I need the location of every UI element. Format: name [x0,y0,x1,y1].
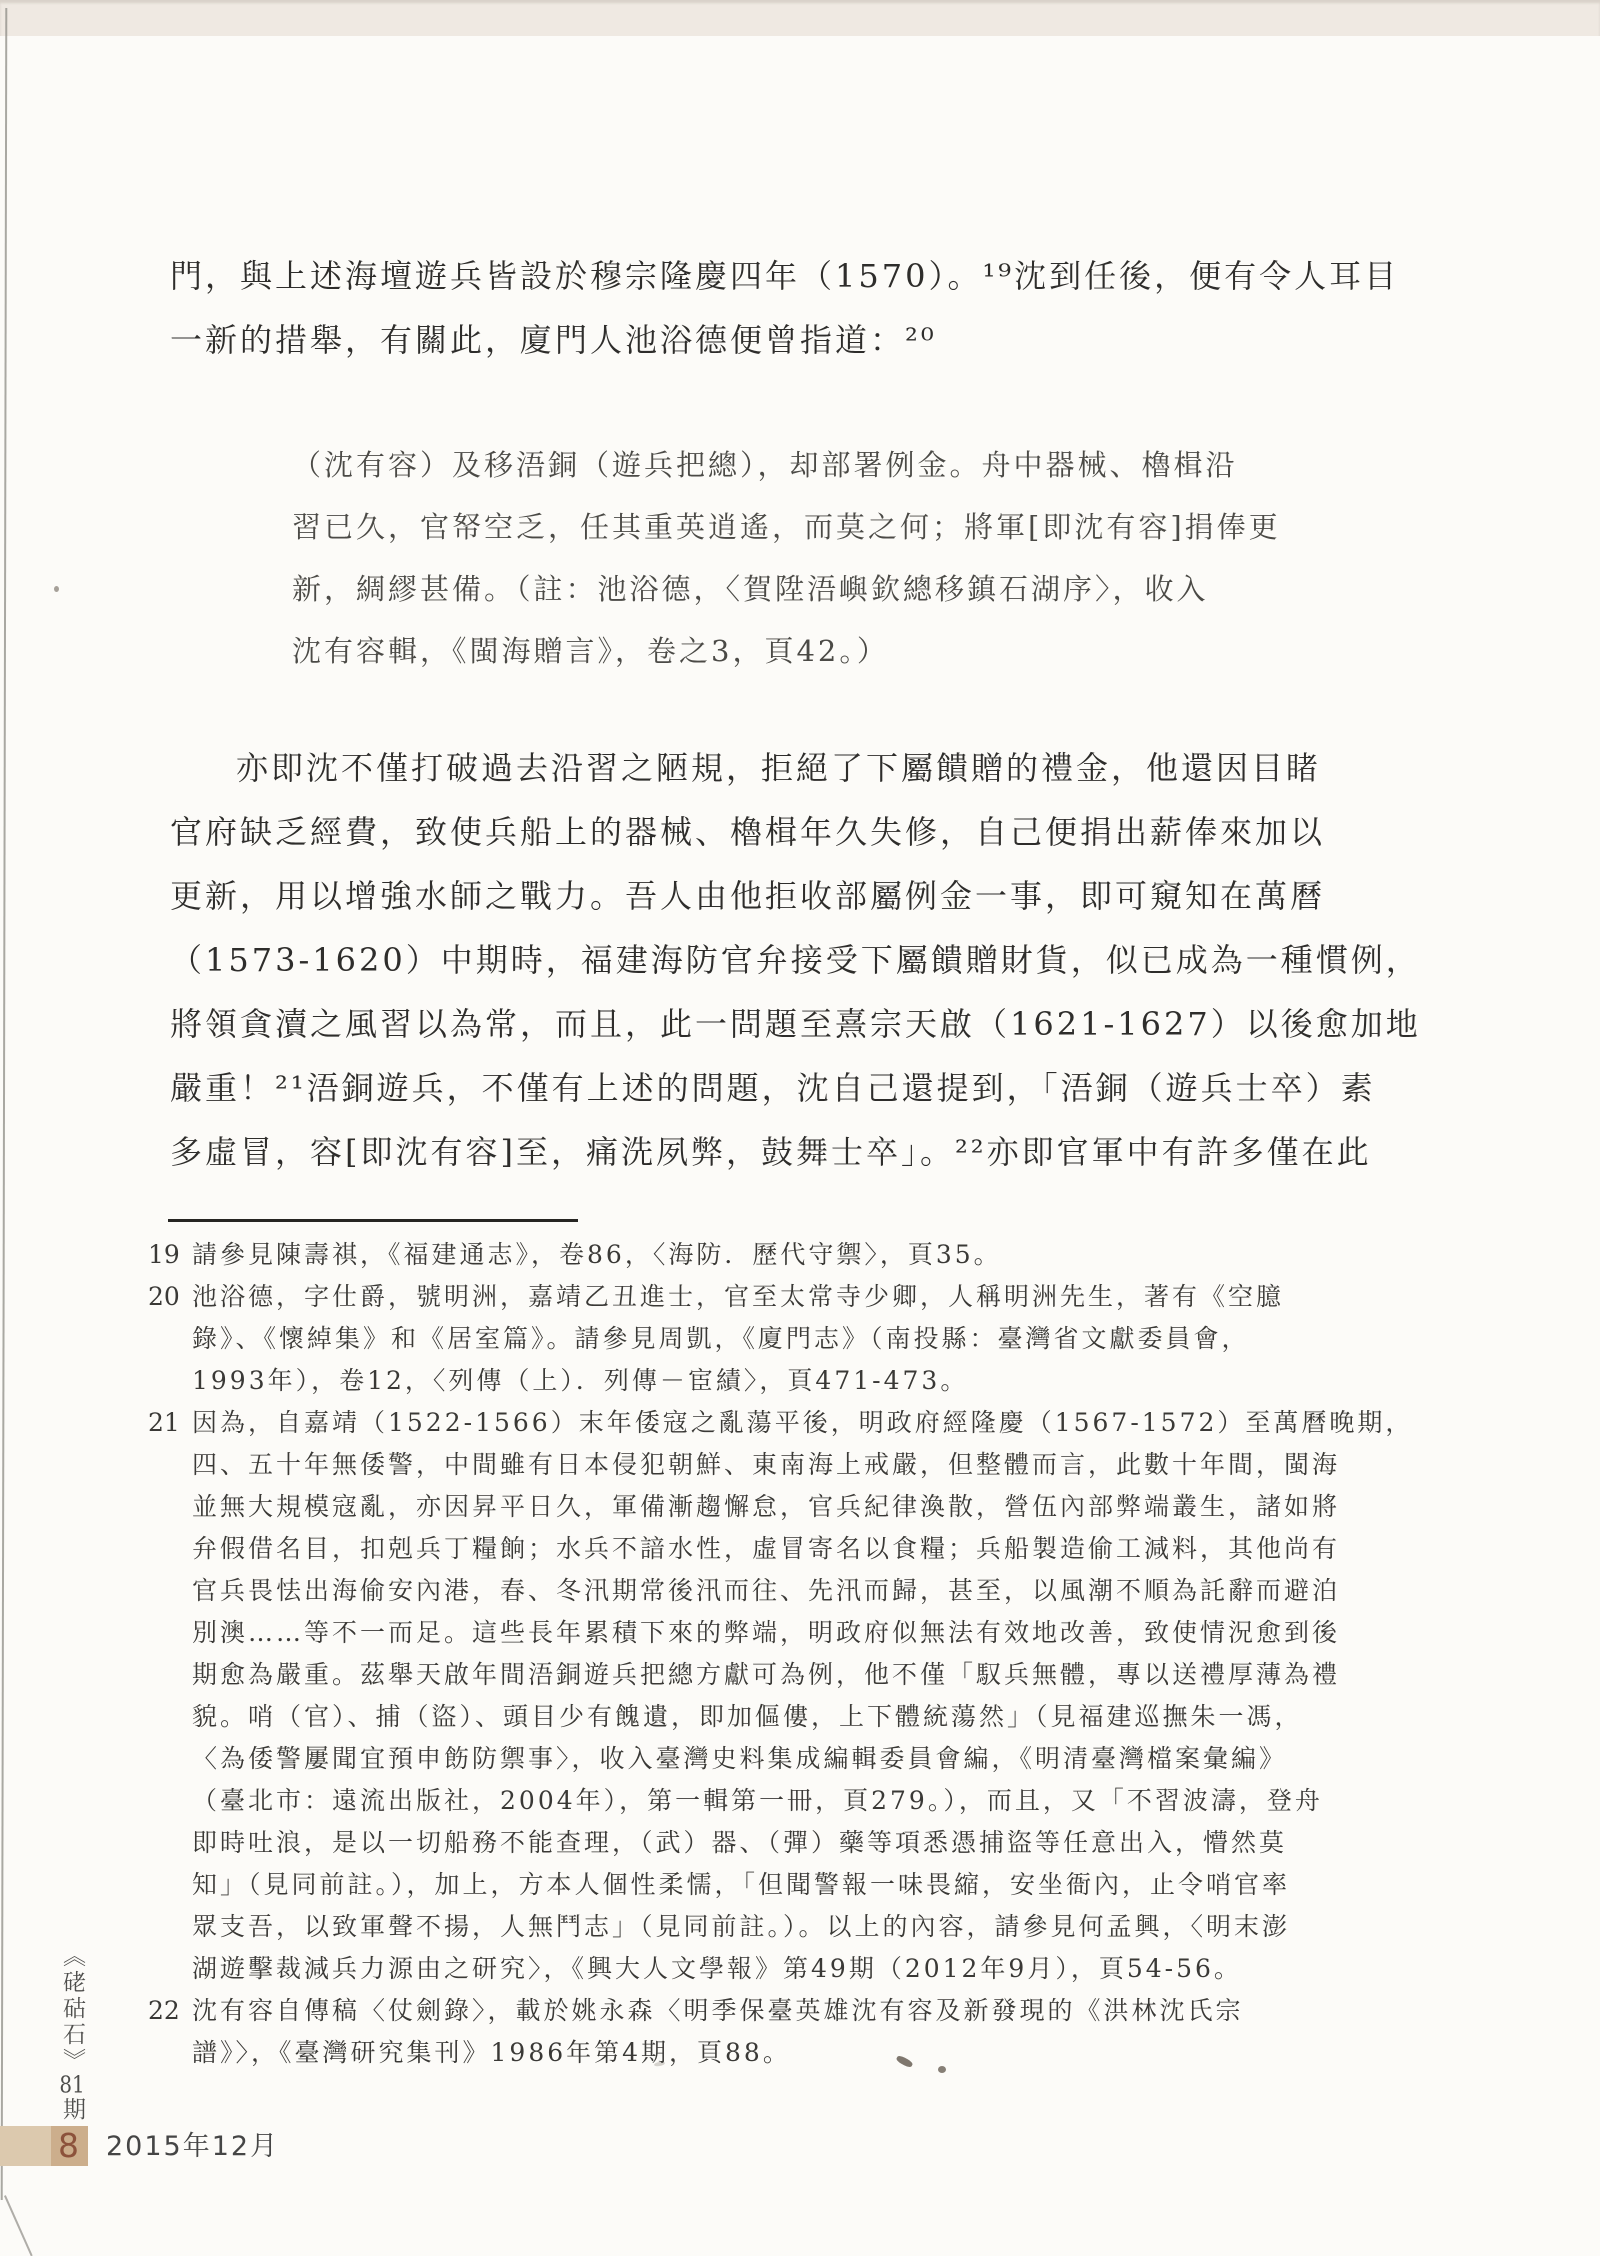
scan-left-edge-line [1,8,8,2200]
footnote-separator-rule [168,1219,578,1222]
footnote-item: 21 因為，自嘉靖（1522-1566）末年倭寇之亂蕩平後，明政府經隆慶（156… [148,1402,1568,1990]
issue-suffix: 期 [59,2097,85,2123]
body-paragraph-2: 亦即沈不僅打破過去沿習之陋規，拒絕了下屬饋贈的禮金，他還因目睹 官府缺乏經費，致… [170,736,1455,1184]
scan-speck [54,586,59,592]
body-paragraph-1: 門，與上述海壇遊兵皆設於穆宗隆慶四年（1570）。¹⁹沈到任後，便有令人耳目 一… [170,244,1455,372]
journal-page: 門，與上述海壇遊兵皆設於穆宗隆慶四年（1570）。¹⁹沈到任後，便有令人耳目 一… [0,0,1600,2256]
block-quote: （沈有容）及移浯銅（遊兵把總），却部署例金。舟中器械、櫓楫沿 習已久，官帑空乏，… [292,434,1452,682]
footnote-text: 因為，自嘉靖（1522-1566）末年倭寇之亂蕩平後，明政府經隆慶（1567-1… [192,1402,1568,1990]
journal-title: 《硓𥑮石》 [59,1944,85,2074]
footnotes-section: 19 請參見陳壽祺，《福建通志》，卷86，〈海防．歷代守禦〉，頁35。 20 池… [148,1234,1568,2074]
footnote-number: 22 [148,1990,192,2032]
footnote-number: 19 [148,1234,192,1276]
footnote-item: 19 請參見陳壽祺，《福建通志》，卷86，〈海防．歷代守禦〉，頁35。 [148,1234,1568,1276]
journal-title-vertical: 《硓𥑮石》81期 [56,1944,89,2124]
issue-date: 2015年12月 [106,2130,279,2164]
footnote-text: 沈有容自傳稿〈仗劍錄〉，載於姚永森〈明季保臺英雄沈有容及新發現的《洪林沈氏宗 譜… [192,1990,1568,2074]
issue-number: 81 [59,2074,85,2097]
footnote-number: 21 [148,1402,192,1444]
footnote-item: 22 沈有容自傳稿〈仗劍錄〉，載於姚永森〈明季保臺英雄沈有容及新發現的《洪林沈氏… [148,1990,1568,2074]
footnote-text: 池浴德，字仕爵，號明洲，嘉靖乙丑進士，官至太常寺少卿，人稱明洲先生，著有《空臆 … [192,1276,1568,1402]
scan-left-edge-bend [4,2195,33,2256]
footnote-text: 請參見陳壽祺，《福建通志》，卷86，〈海防．歷代守禦〉，頁35。 [192,1234,1568,1276]
page-number: 8 [58,2126,88,2166]
footnote-number: 20 [148,1276,192,1318]
footnote-item: 20 池浴德，字仕爵，號明洲，嘉靖乙丑進士，官至太常寺少卿，人稱明洲先生，著有《… [148,1276,1568,1402]
scan-top-edge-band [0,0,1600,36]
